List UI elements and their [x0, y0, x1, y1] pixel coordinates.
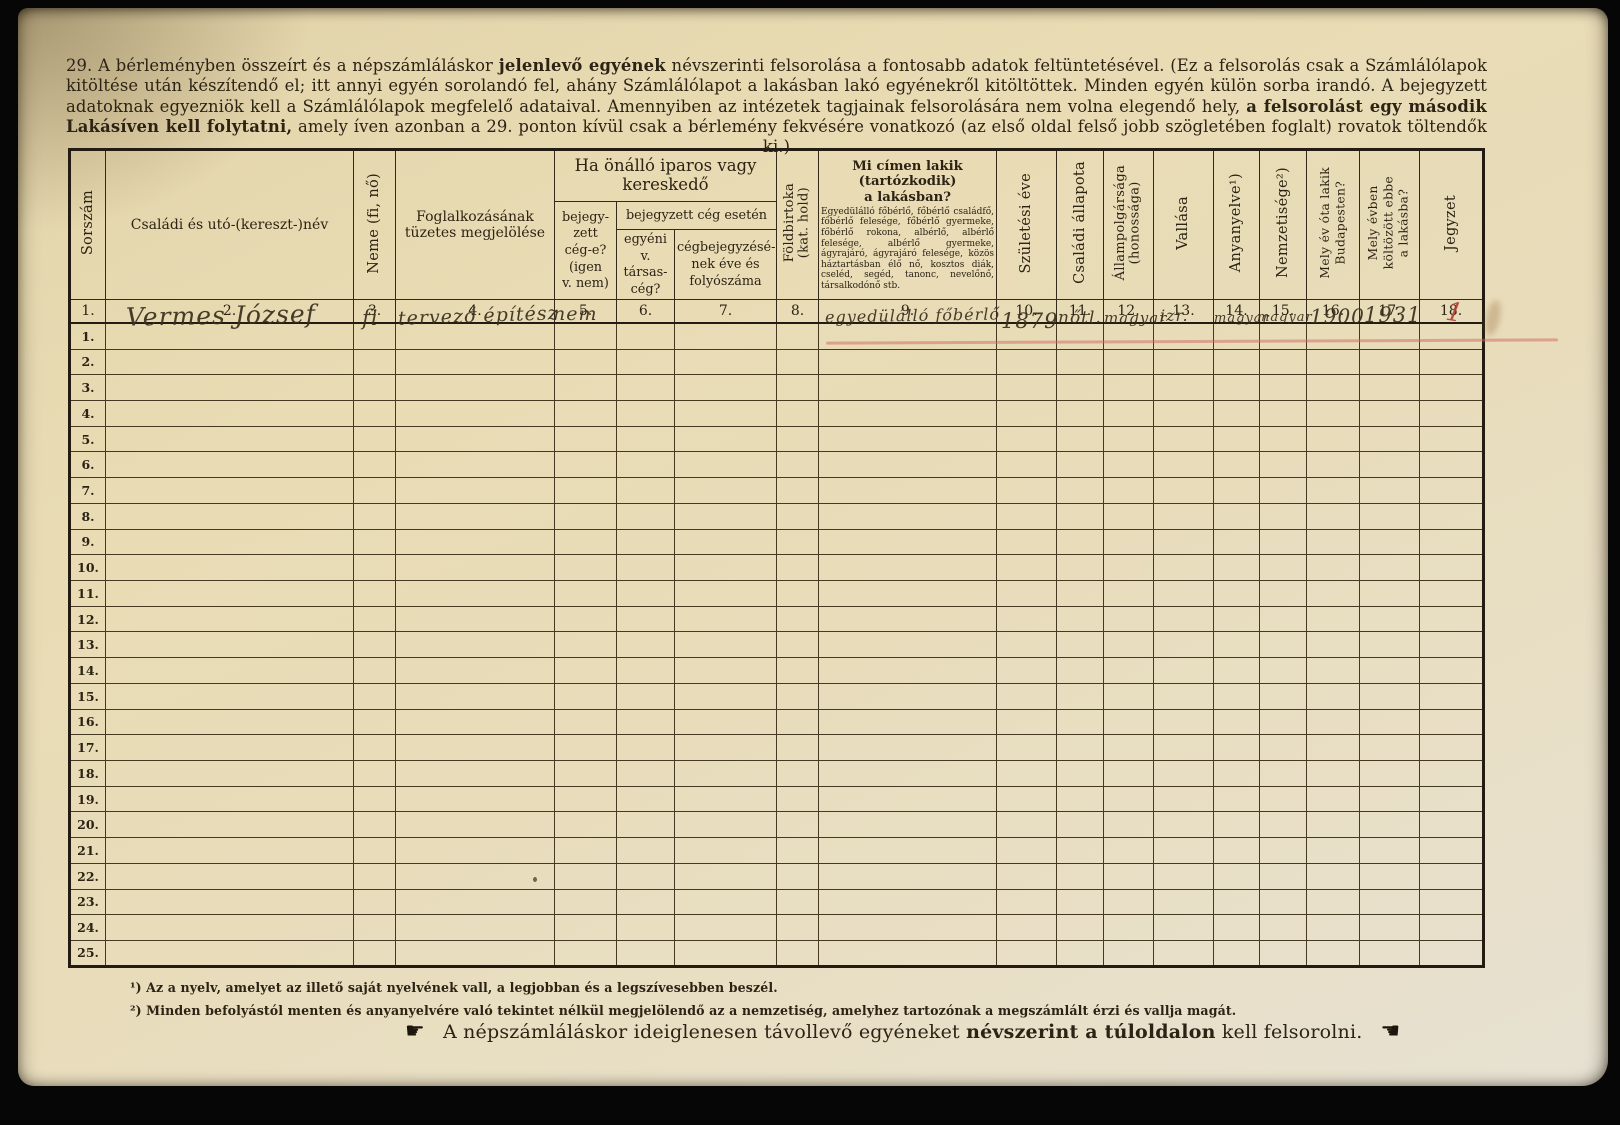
row-number-cell: 5.: [70, 426, 106, 452]
empty-cell: [777, 478, 819, 504]
empty-cell: [396, 915, 555, 941]
empty-cell: [777, 426, 819, 452]
row-number-cell: 9.: [70, 529, 106, 555]
empty-cell: [396, 941, 555, 967]
empty-cell: [1307, 838, 1360, 864]
empty-cell: [777, 349, 819, 375]
empty-cell: [1154, 375, 1214, 401]
empty-cell: [997, 349, 1057, 375]
empty-cell: [106, 915, 354, 941]
empty-cell: [1307, 581, 1360, 607]
empty-cell: [1420, 452, 1484, 478]
empty-cell: [1154, 889, 1214, 915]
header-group-cegeseten: bejegyzett cég esetén: [617, 202, 777, 230]
empty-cell: [1057, 786, 1104, 812]
empty-cell: [1360, 812, 1420, 838]
empty-cell: [819, 503, 997, 529]
empty-cell: [1104, 761, 1154, 787]
empty-cell: [997, 941, 1057, 967]
empty-cell: [1360, 632, 1420, 658]
empty-cell: [1154, 683, 1214, 709]
empty-cell: [819, 838, 997, 864]
empty-cell: [106, 426, 354, 452]
empty-cell: [1360, 658, 1420, 684]
empty-cell: [1420, 349, 1484, 375]
empty-cell: [1057, 812, 1104, 838]
empty-cell: [1420, 915, 1484, 941]
empty-cell: [1214, 555, 1260, 581]
empty-cell: [106, 606, 354, 632]
empty-cell: [1307, 606, 1360, 632]
empty-cell: [555, 529, 617, 555]
empty-cell: [1057, 529, 1104, 555]
handwriting-nationality: magyar: [1257, 310, 1313, 325]
empty-cell: [396, 606, 555, 632]
empty-cell: [1260, 889, 1307, 915]
empty-cell: [1214, 735, 1260, 761]
empty-cell: [106, 658, 354, 684]
header-nemzetiseg: Nemzetisége²): [1260, 150, 1307, 300]
empty-cell: [997, 709, 1057, 735]
empty-cell: [396, 400, 555, 426]
empty-cell: [1057, 709, 1104, 735]
empty-cell: [617, 555, 675, 581]
empty-cell: [997, 812, 1057, 838]
empty-cell: [396, 838, 555, 864]
header-bejegyzett-ceg: bejegy- zett cég-e? (igen v. nem): [555, 202, 617, 300]
empty-cell: [106, 400, 354, 426]
empty-cell: [1154, 426, 1214, 452]
empty-cell: [1057, 889, 1104, 915]
empty-cell: [1260, 555, 1307, 581]
row-number-cell: 20.: [70, 812, 106, 838]
empty-cell: [1360, 529, 1420, 555]
empty-cell: [1360, 889, 1420, 915]
empty-cell: [396, 581, 555, 607]
table-row: 16.: [70, 709, 1484, 735]
row-number-cell: 19.: [70, 786, 106, 812]
column-number: 6.: [617, 299, 675, 323]
empty-cell: [106, 838, 354, 864]
empty-cell: [1057, 478, 1104, 504]
empty-cell: [819, 889, 997, 915]
empty-cell: [354, 375, 396, 401]
handwriting-birth-year: 1879: [1001, 309, 1058, 333]
empty-cell: [617, 503, 675, 529]
empty-cell: [1214, 323, 1260, 349]
empty-cell: [617, 452, 675, 478]
header-group-iparos-label: Ha önálló iparos vagy kereskedő: [575, 156, 757, 194]
header-group-iparos: Ha önálló iparos vagy kereskedő: [555, 150, 777, 202]
intro-text-part: 29. A bérleményben összeírt és a népszám…: [66, 56, 499, 75]
empty-cell: [1057, 915, 1104, 941]
empty-cell: [555, 786, 617, 812]
empty-cell: [819, 683, 997, 709]
row-number-cell: 25.: [70, 941, 106, 967]
empty-cell: [1104, 838, 1154, 864]
empty-cell: [1420, 503, 1484, 529]
empty-cell: [675, 812, 777, 838]
empty-cell: [777, 581, 819, 607]
table-row: 6.: [70, 452, 1484, 478]
empty-cell: [354, 400, 396, 426]
empty-cell: [1154, 478, 1214, 504]
empty-cell: [1307, 683, 1360, 709]
empty-cell: [1360, 838, 1420, 864]
empty-cell: [819, 400, 997, 426]
empty-cell: [106, 683, 354, 709]
empty-cell: [1104, 812, 1154, 838]
empty-cell: [675, 941, 777, 967]
empty-cell: [617, 812, 675, 838]
column-number: 8.: [777, 299, 819, 323]
empty-cell: [1214, 863, 1260, 889]
empty-cell: [1154, 349, 1214, 375]
empty-cell: [106, 503, 354, 529]
empty-cell: [675, 478, 777, 504]
empty-cell: [1104, 632, 1154, 658]
row-number-cell: 7.: [70, 478, 106, 504]
empty-cell: [396, 683, 555, 709]
empty-cell: [1057, 375, 1104, 401]
empty-cell: [1260, 632, 1307, 658]
empty-cell: [555, 555, 617, 581]
handwriting-registered-firm: nem: [553, 303, 598, 325]
empty-cell: [1260, 349, 1307, 375]
empty-cell: [819, 812, 997, 838]
empty-cell: [819, 581, 997, 607]
header-jegyzet: Jegyzet: [1420, 150, 1484, 300]
empty-cell: [997, 761, 1057, 787]
empty-cell: [396, 555, 555, 581]
empty-cell: [675, 400, 777, 426]
empty-cell: [1307, 478, 1360, 504]
intro-paragraph: 29. A bérleményben összeírt és a népszám…: [66, 56, 1487, 158]
empty-cell: [1360, 375, 1420, 401]
empty-cell: [1260, 478, 1307, 504]
empty-cell: [1260, 606, 1307, 632]
header-csaladi-allapot-label: Családi állapota: [1072, 161, 1088, 284]
empty-cell: [997, 683, 1057, 709]
empty-cell: [777, 323, 819, 349]
row-number-cell: 14.: [70, 658, 106, 684]
empty-cell: [1260, 709, 1307, 735]
empty-cell: [675, 889, 777, 915]
empty-cell: [777, 683, 819, 709]
empty-cell: [1360, 735, 1420, 761]
empty-cell: [1057, 683, 1104, 709]
table-row: 15.: [70, 683, 1484, 709]
empty-cell: [106, 478, 354, 504]
empty-cell: [1360, 452, 1420, 478]
empty-cell: [617, 581, 675, 607]
empty-cell: [777, 838, 819, 864]
empty-cell: [777, 503, 819, 529]
empty-cell: [1307, 426, 1360, 452]
empty-cell: [997, 375, 1057, 401]
empty-cell: [819, 606, 997, 632]
bottom-instruction: ☛ A népszámláláskor ideiglenesen távolle…: [405, 1019, 1400, 1044]
bottom-instruction-post: kell felsorolni.: [1216, 1021, 1363, 1043]
empty-cell: [1214, 786, 1260, 812]
empty-cell: [396, 658, 555, 684]
empty-cell: [1307, 632, 1360, 658]
empty-cell: [675, 632, 777, 658]
table-row: 8.: [70, 503, 1484, 529]
empty-cell: [1420, 761, 1484, 787]
empty-cell: [1360, 941, 1420, 967]
empty-cell: [1307, 889, 1360, 915]
header-anyanyelv-label: Anyanyelve¹): [1228, 173, 1244, 272]
empty-cell: [675, 323, 777, 349]
empty-cell: [1057, 581, 1104, 607]
empty-cell: [354, 606, 396, 632]
header-jegyzet-label: Jegyzet: [1443, 195, 1459, 251]
row-number-cell: 8.: [70, 503, 106, 529]
empty-cell: [396, 452, 555, 478]
empty-cell: [617, 683, 675, 709]
empty-cell: [106, 349, 354, 375]
empty-cell: [617, 658, 675, 684]
empty-cell: [1260, 503, 1307, 529]
empty-cell: [106, 941, 354, 967]
empty-cell: [819, 735, 997, 761]
table-row: 18.: [70, 761, 1484, 787]
empty-cell: [1214, 375, 1260, 401]
empty-cell: [1154, 606, 1214, 632]
empty-cell: [1214, 581, 1260, 607]
empty-cell: [675, 606, 777, 632]
table-row: 11.: [70, 581, 1484, 607]
empty-cell: [675, 581, 777, 607]
empty-cell: [1214, 529, 1260, 555]
empty-cell: [1307, 503, 1360, 529]
empty-cell: [1104, 581, 1154, 607]
column-number: 7.: [675, 299, 777, 323]
empty-cell: [1104, 735, 1154, 761]
empty-cell: [1154, 735, 1214, 761]
empty-cell: [1360, 581, 1420, 607]
row-number-cell: 21.: [70, 838, 106, 864]
empty-cell: [555, 761, 617, 787]
empty-cell: [396, 786, 555, 812]
empty-cell: [1104, 555, 1154, 581]
table-row: 2.: [70, 349, 1484, 375]
empty-cell: [1214, 761, 1260, 787]
empty-cell: [354, 632, 396, 658]
empty-cell: [819, 349, 997, 375]
empty-cell: [1214, 400, 1260, 426]
empty-cell: [555, 632, 617, 658]
empty-cell: [555, 709, 617, 735]
empty-cell: [1104, 915, 1154, 941]
empty-cell: [675, 838, 777, 864]
header-name: Családi és utó-(kereszt-)név: [106, 150, 354, 300]
empty-cell: [777, 555, 819, 581]
header-allampolgarsag-label: Állampolgársága (honossága): [1114, 165, 1143, 280]
scanned-census-sheet: 29. A bérleményben összeírt és a népszám…: [0, 0, 1620, 1125]
empty-cell: [354, 555, 396, 581]
empty-cell: [819, 761, 997, 787]
empty-cell: [1104, 375, 1154, 401]
table-row: 24.: [70, 915, 1484, 941]
empty-cell: [555, 863, 617, 889]
row-number-cell: 23.: [70, 889, 106, 915]
header-foldbirtok: Földbirtoka (kat. hold): [777, 150, 819, 300]
empty-cell: [396, 863, 555, 889]
header-szuletesi: Születési éve: [997, 150, 1057, 300]
empty-cell: [555, 581, 617, 607]
bottom-instruction-pre: A népszámláláskor ideiglenesen távollevő…: [443, 1021, 966, 1043]
footnotes: ¹) Az a nyelv, amelyet az illető saját n…: [130, 978, 1236, 1024]
empty-cell: [396, 478, 555, 504]
empty-cell: [617, 838, 675, 864]
empty-cell: [1420, 529, 1484, 555]
empty-cell: [1307, 941, 1360, 967]
header-group-cegeseten-label: bejegyzett cég esetén: [626, 208, 767, 223]
empty-cell: [777, 812, 819, 838]
empty-cell: [1360, 761, 1420, 787]
empty-cell: [1260, 400, 1307, 426]
empty-cell: [106, 632, 354, 658]
empty-cell: [1057, 658, 1104, 684]
empty-cell: [819, 709, 997, 735]
empty-cell: [675, 683, 777, 709]
empty-cell: [1260, 786, 1307, 812]
empty-cell: [1420, 658, 1484, 684]
row-number-cell: 12.: [70, 606, 106, 632]
empty-cell: [1360, 555, 1420, 581]
empty-cell: [1214, 889, 1260, 915]
empty-cell: [106, 555, 354, 581]
empty-cell: [106, 529, 354, 555]
empty-cell: [819, 452, 997, 478]
empty-cell: [675, 709, 777, 735]
table-row: 12.: [70, 606, 1484, 632]
table-row: 22.: [70, 863, 1484, 889]
empty-cell: [777, 709, 819, 735]
empty-cell: [106, 812, 354, 838]
row-number-cell: 11.: [70, 581, 106, 607]
row-number-cell: 1.: [70, 323, 106, 349]
empty-cell: [396, 503, 555, 529]
empty-cell: [106, 735, 354, 761]
empty-cell: [617, 632, 675, 658]
empty-cell: [819, 863, 997, 889]
empty-cell: [1260, 761, 1307, 787]
empty-cell: [1214, 478, 1260, 504]
table-row: 23.: [70, 889, 1484, 915]
header-allampolgarsag: Állampolgársága (honossága): [1104, 150, 1154, 300]
header-cegbejegyzes-label: cégbejegyzésé- nek éve és folyószáma: [677, 240, 775, 288]
empty-cell: [354, 683, 396, 709]
empty-cell: [1214, 812, 1260, 838]
empty-cell: [1260, 735, 1307, 761]
empty-cell: [617, 761, 675, 787]
empty-cell: [997, 915, 1057, 941]
empty-cell: [1260, 683, 1307, 709]
empty-cell: [1307, 400, 1360, 426]
empty-cell: [997, 606, 1057, 632]
table-row: 7.: [70, 478, 1484, 504]
empty-cell: [1057, 426, 1104, 452]
empty-cell: [106, 452, 354, 478]
empty-cell: [555, 889, 617, 915]
empty-cell: [819, 529, 997, 555]
empty-cell: [106, 581, 354, 607]
header-szuletesi-label: Születési éve: [1018, 173, 1034, 273]
ink-speck: [533, 877, 537, 882]
empty-cell: [777, 735, 819, 761]
empty-cell: [1420, 375, 1484, 401]
empty-cell: [617, 889, 675, 915]
empty-cell: [819, 941, 997, 967]
bottom-instruction-text: A népszámláláskor ideiglenesen távollevő…: [443, 1021, 1363, 1043]
empty-cell: [819, 555, 997, 581]
empty-cell: [997, 838, 1057, 864]
empty-cell: [997, 658, 1057, 684]
header-egyeni-tarsas: egyéni v. társas- cég?: [617, 230, 675, 300]
empty-cell: [1420, 555, 1484, 581]
empty-cell: [675, 375, 777, 401]
handwriting-moved-in-year: 1931: [1364, 303, 1421, 327]
header-cegbejegyzes: cégbejegyzésé- nek éve és folyószáma: [675, 230, 777, 300]
empty-cell: [354, 761, 396, 787]
empty-cell: [1214, 349, 1260, 375]
empty-cell: [617, 709, 675, 735]
empty-cell: [555, 812, 617, 838]
empty-cell: [1214, 632, 1260, 658]
empty-cell: [354, 812, 396, 838]
empty-cell: [1360, 503, 1420, 529]
empty-cell: [1360, 349, 1420, 375]
empty-cell: [1360, 606, 1420, 632]
footnote-1: ¹) Az a nyelv, amelyet az illető saját n…: [130, 978, 1236, 998]
empty-cell: [1260, 581, 1307, 607]
empty-cell: [1360, 683, 1420, 709]
empty-cell: [1420, 400, 1484, 426]
empty-cell: [1057, 400, 1104, 426]
column-number: 1.: [70, 299, 106, 323]
empty-cell: [1307, 786, 1360, 812]
handwriting-marital-status: nőtl.: [1058, 308, 1102, 328]
empty-cell: [1260, 812, 1307, 838]
empty-cell: [617, 426, 675, 452]
empty-cell: [1057, 863, 1104, 889]
row-number-cell: 16.: [70, 709, 106, 735]
empty-cell: [1057, 503, 1104, 529]
header-vallas: Vallása: [1154, 150, 1214, 300]
empty-cell: [1104, 400, 1154, 426]
empty-cell: [106, 863, 354, 889]
empty-cell: [1360, 863, 1420, 889]
handwriting-religion: izr.: [1160, 306, 1189, 325]
empty-cell: [1260, 915, 1307, 941]
row-number-cell: 15.: [70, 683, 106, 709]
empty-cell: [1104, 786, 1154, 812]
empty-cell: [617, 915, 675, 941]
header-foglalkozas-label: Foglalkozásának tüzetes megjelölése: [405, 209, 545, 241]
empty-cell: [354, 478, 396, 504]
empty-cell: [396, 709, 555, 735]
empty-cell: [1057, 452, 1104, 478]
row-number-cell: 4.: [70, 400, 106, 426]
empty-cell: [1214, 606, 1260, 632]
empty-cell: [675, 426, 777, 452]
bottom-instruction-bold: névszerint a túloldalon: [966, 1021, 1215, 1043]
empty-cell: [354, 452, 396, 478]
empty-cell: [1104, 349, 1154, 375]
